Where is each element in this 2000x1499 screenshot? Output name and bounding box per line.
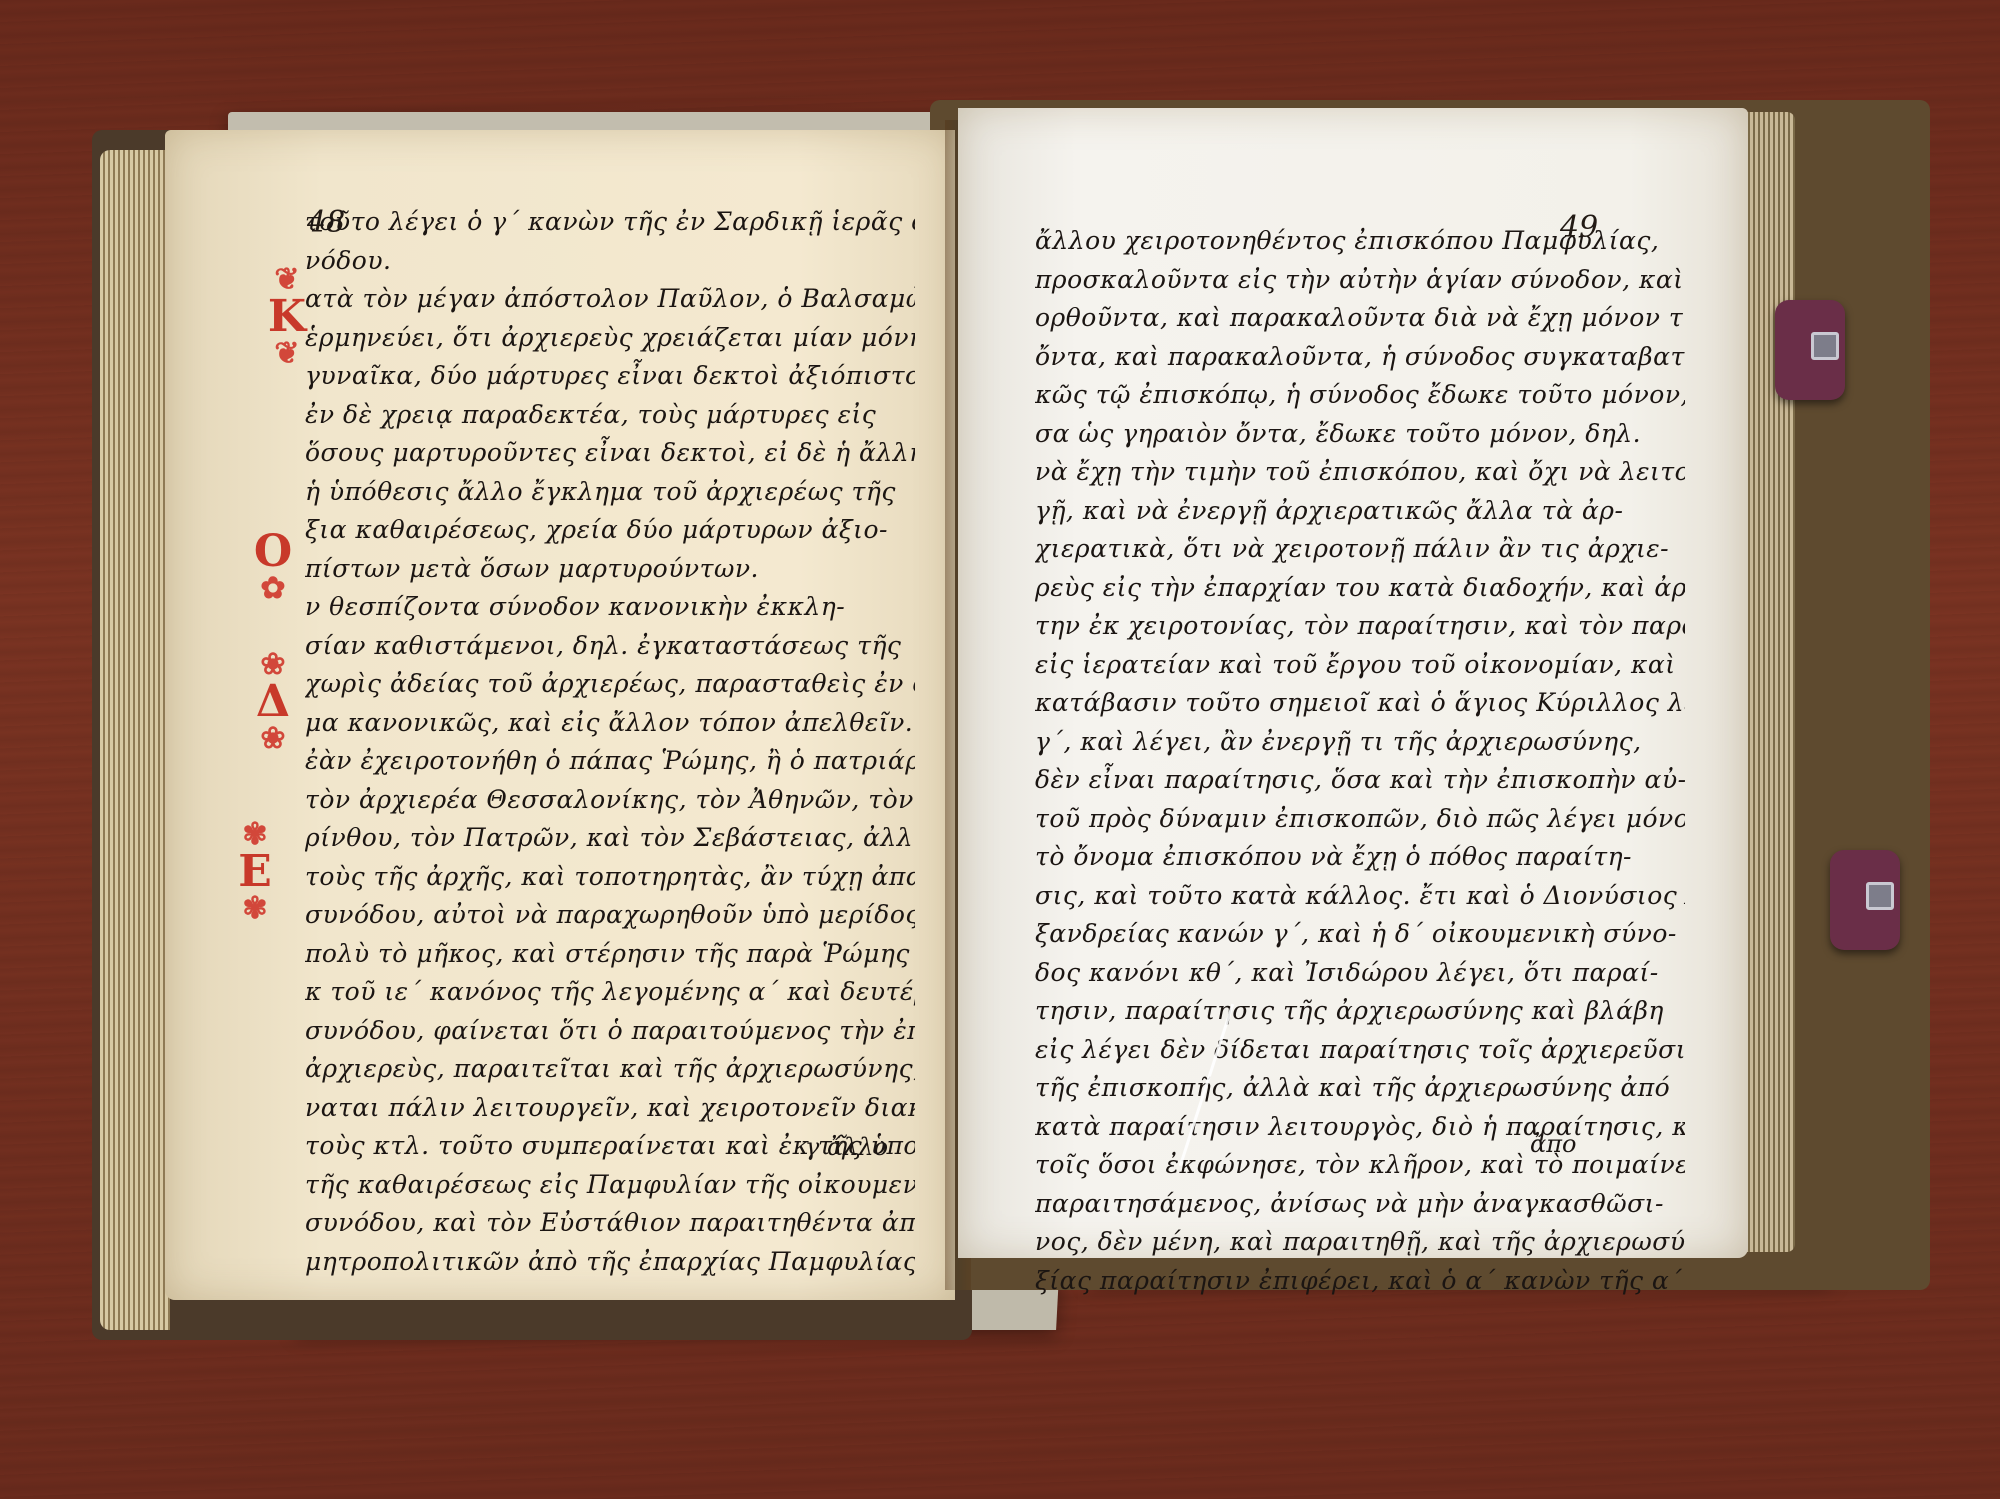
text-line: εἰς λέγει δὲν δίδεται παραίτησις τοῖς ἀρ… [1035, 1031, 1685, 1070]
initial-letter: Ε [205, 850, 305, 894]
right-page-text: ἄλλου χειροτονηθέντος ἐπισκόπου Παμφυλία… [1035, 222, 1685, 1300]
text-line: τὸν ἀρχιερέα Θεσσαλονίκης, τὸν Ἀθηνῶν, τ… [305, 781, 915, 820]
text-line: σις, καὶ τοῦτο κατὰ κάλλος. ἔτι καὶ ὁ Δι… [1035, 877, 1685, 916]
text-line: ὅσους μαρτυροῦντες εἶναι δεκτοὶ, εἰ δὲ ἡ… [305, 434, 915, 473]
text-line: ορθοῦντα, καὶ παρακαλοῦντα διὰ νὰ ἔχῃ μό… [1035, 299, 1685, 338]
text-line: τὸ ὄνομα ἐπισκόπου νὰ ἔχῃ ὁ πόθος παραίτ… [1035, 838, 1685, 877]
text-line: τῆς ἐπισκοπῆς, ἀλλὰ καὶ τῆς ἀρχιερωσύνης… [1035, 1069, 1685, 1108]
text-line: εἰς ἱερατείαν καὶ τοῦ ἔργου τοῦ οἰκονομί… [1035, 646, 1685, 685]
page-edges-left [100, 150, 170, 1330]
text-line: ξίας παραίτησιν ἐπιφέρει, καὶ ὁ α΄ κανὼν… [1035, 1262, 1685, 1301]
text-line: συνόδου, αὐτοὶ νὰ παραχωρηθοῦν ὑπὸ μερίδ… [305, 896, 915, 935]
text-line: πίστων μετὰ ὅσων μαρτυρούντων. [305, 550, 915, 589]
clasp-icon [1775, 300, 1845, 400]
catchword-right: ἄπο [1530, 1130, 1576, 1158]
text-line: γῇ, καὶ νὰ ἐνεργῇ ἀρχιερατικῶς ἄλλα τὰ ἀ… [1035, 492, 1685, 531]
text-line: τησιν, παραίτησις τῆς ἀρχιερωσύνης καὶ β… [1035, 992, 1685, 1031]
text-line: κ τοῦ ιε΄ κανόνος τῆς λεγομένης α΄ καὶ δ… [305, 973, 915, 1012]
text-line: κατὰ παραίτησιν λειτουργὸς, διὸ ἡ παραίτ… [1035, 1108, 1685, 1147]
text-line: ἄλλου χειροτονηθέντος ἐπισκόπου Παμφυλία… [1035, 222, 1685, 261]
text-line: μα κανονικῶς, καὶ εἰς ἄλλον τόπον ἀπελθε… [305, 704, 915, 743]
text-line: δος κανόνι κθ΄, καὶ Ἰσιδώρου λέγει, ὅτι … [1035, 954, 1685, 993]
clasp-icon [1830, 850, 1900, 950]
text-line: ἀρχιερεὺς, παραιτεῖται καὶ τῆς ἀρχιερωσύ… [305, 1050, 915, 1089]
text-line: σίαν καθιστάμενοι, δηλ. ἐγκαταστάσεως τῆ… [305, 627, 915, 666]
flourish-ornament-icon: ✿ [238, 574, 308, 604]
text-line: ἑρμηνεύει, ὅτι ἀρχιερεὺς χρειάζεται μίαν… [305, 319, 915, 358]
flourish-ornament-icon: ✾ [205, 894, 305, 924]
text-line: ἡ ὑπόθεσις ἄλλο ἔγκλημα τοῦ ἀρχιερέως τῆ… [305, 473, 915, 512]
text-line: σα ὡς γηραιὸν ὄντα, ἔδωκε τοῦτο μόνον, δ… [1035, 415, 1685, 454]
text-line: ναται πάλιν λειτουργεῖν, καὶ χειροτονεῖν… [305, 1089, 915, 1128]
text-line: ατὰ τὸν μέγαν ἀπόστολον Παῦλον, ὁ Βαλσαμ… [305, 280, 915, 319]
text-line: τοὺς τῆς ἀρχῆς, καὶ τοποτηρητὰς, ἂν τύχῃ… [305, 858, 915, 897]
text-line: ξια καθαιρέσεως, χρεία δύο μάρτυρων ἀξιο… [305, 511, 915, 550]
text-line: νόδου. [305, 242, 915, 281]
red-initial: ✾ Ε ✾ [205, 820, 305, 924]
initial-letter: Ο [238, 530, 308, 574]
text-line: χωρὶς ἀδείας τοῦ ἀρχιερέως, παρασταθεὶς … [305, 665, 915, 704]
page-edges-right [1745, 112, 1795, 1252]
text-line: χιερατικὰ, ὅτι νὰ χειροτονῇ πάλιν ἂν τις… [1035, 530, 1685, 569]
text-line: δὲν εἶναι παραίτησις, ὅσα καὶ τὴν ἐπισκο… [1035, 761, 1685, 800]
text-line: παραιτησάμενος, ἀνίσως νὰ μὴν ἀναγκασθῶσ… [1035, 1185, 1685, 1224]
text-line: γ΄, καὶ λέγει, ἂν ἐνεργῇ τι τῆς ἀρχιερωσ… [1035, 723, 1685, 762]
text-line: γυναῖκα, δύο μάρτυρες εἶναι δεκτοὶ ἀξιόπ… [305, 357, 915, 396]
text-line: προσκαλοῦντα εἰς τὴν αὐτὴν ἁγίαν σύνοδον… [1035, 261, 1685, 300]
text-line: συνόδου, φαίνεται ὅτι ὁ παραιτούμενος τὴ… [305, 1012, 915, 1051]
catchword-left: γ ἄλλο [805, 1133, 888, 1161]
text-line: κῶς τῷ ἐπισκόπῳ, ἡ σύνοδος ἔδωκε τοῦτο μ… [1035, 376, 1685, 415]
text-line: ἐν δὲ χρειᾳ παραδεκτέα, τοὺς μάρτυρες εἰ… [305, 396, 915, 435]
text-line: τοῦτο λέγει ὁ γ΄ κανὼν τῆς ἐν Σαρδικῇ ἱε… [305, 203, 915, 242]
text-line: πολὺ τὸ μῆκος, καὶ στέρησιν τῆς παρὰ Ῥώμ… [305, 935, 915, 974]
text-line: ὄντα, καὶ παρακαλοῦντα, ἡ σύνοδος συγκατ… [1035, 338, 1685, 377]
text-line: συνόδου, καὶ τὸν Εὐστάθιον παραιτηθέντα … [305, 1204, 915, 1243]
text-line: μητροπολιτικῶν ἀπὸ τῆς ἐπαρχίας Παμφυλία… [305, 1243, 915, 1282]
text-line: ν θεσπίζοντα σύνοδον κανονικὴν ἐκκλη- [305, 588, 915, 627]
text-line: ρίνθου, τὸν Πατρῶν, καὶ τὸν Σεβάστειας, … [305, 819, 915, 858]
text-line: την ἐκ χειροτονίας, τὸν παραίτησιν, καὶ … [1035, 607, 1685, 646]
text-line: τοῦ πρὸς δύναμιν ἐπισκοπῶν, διὸ πῶς λέγε… [1035, 800, 1685, 839]
text-line: κατάβασιν τοῦτο σημειοῖ καὶ ὁ ἅγιος Κύρι… [1035, 684, 1685, 723]
text-line: νὰ ἔχῃ τὴν τιμὴν τοῦ ἐπισκόπου, καὶ ὄχι … [1035, 453, 1685, 492]
left-page-text: τοῦτο λέγει ὁ γ΄ κανὼν τῆς ἐν Σαρδικῇ ἱε… [305, 203, 915, 1281]
text-line: νος, δὲν μένη, καὶ παραιτηθῇ, καὶ τῆς ἀρ… [1035, 1223, 1685, 1262]
text-line: τοῖς ὅσοι ἐκφώνησε, τὸν κλῆρον, καὶ τὸ π… [1035, 1146, 1685, 1185]
text-line: ἐὰν ἐχειροτονήθη ὁ πάπας Ῥώμης, ἢ ὁ πατρ… [305, 742, 915, 781]
red-initial: Ο ✿ [238, 530, 308, 604]
text-line: ξανδρείας κανών γ΄, καὶ ἡ δ΄ οἰκουμενικὴ… [1035, 915, 1685, 954]
text-line: τῆς καθαιρέσεως εἰς Παμφυλίαν τῆς οἰκουμ… [305, 1166, 915, 1205]
text-line: ρεὺς εἰς τὴν ἐπαρχίαν του κατὰ διαδοχήν,… [1035, 569, 1685, 608]
